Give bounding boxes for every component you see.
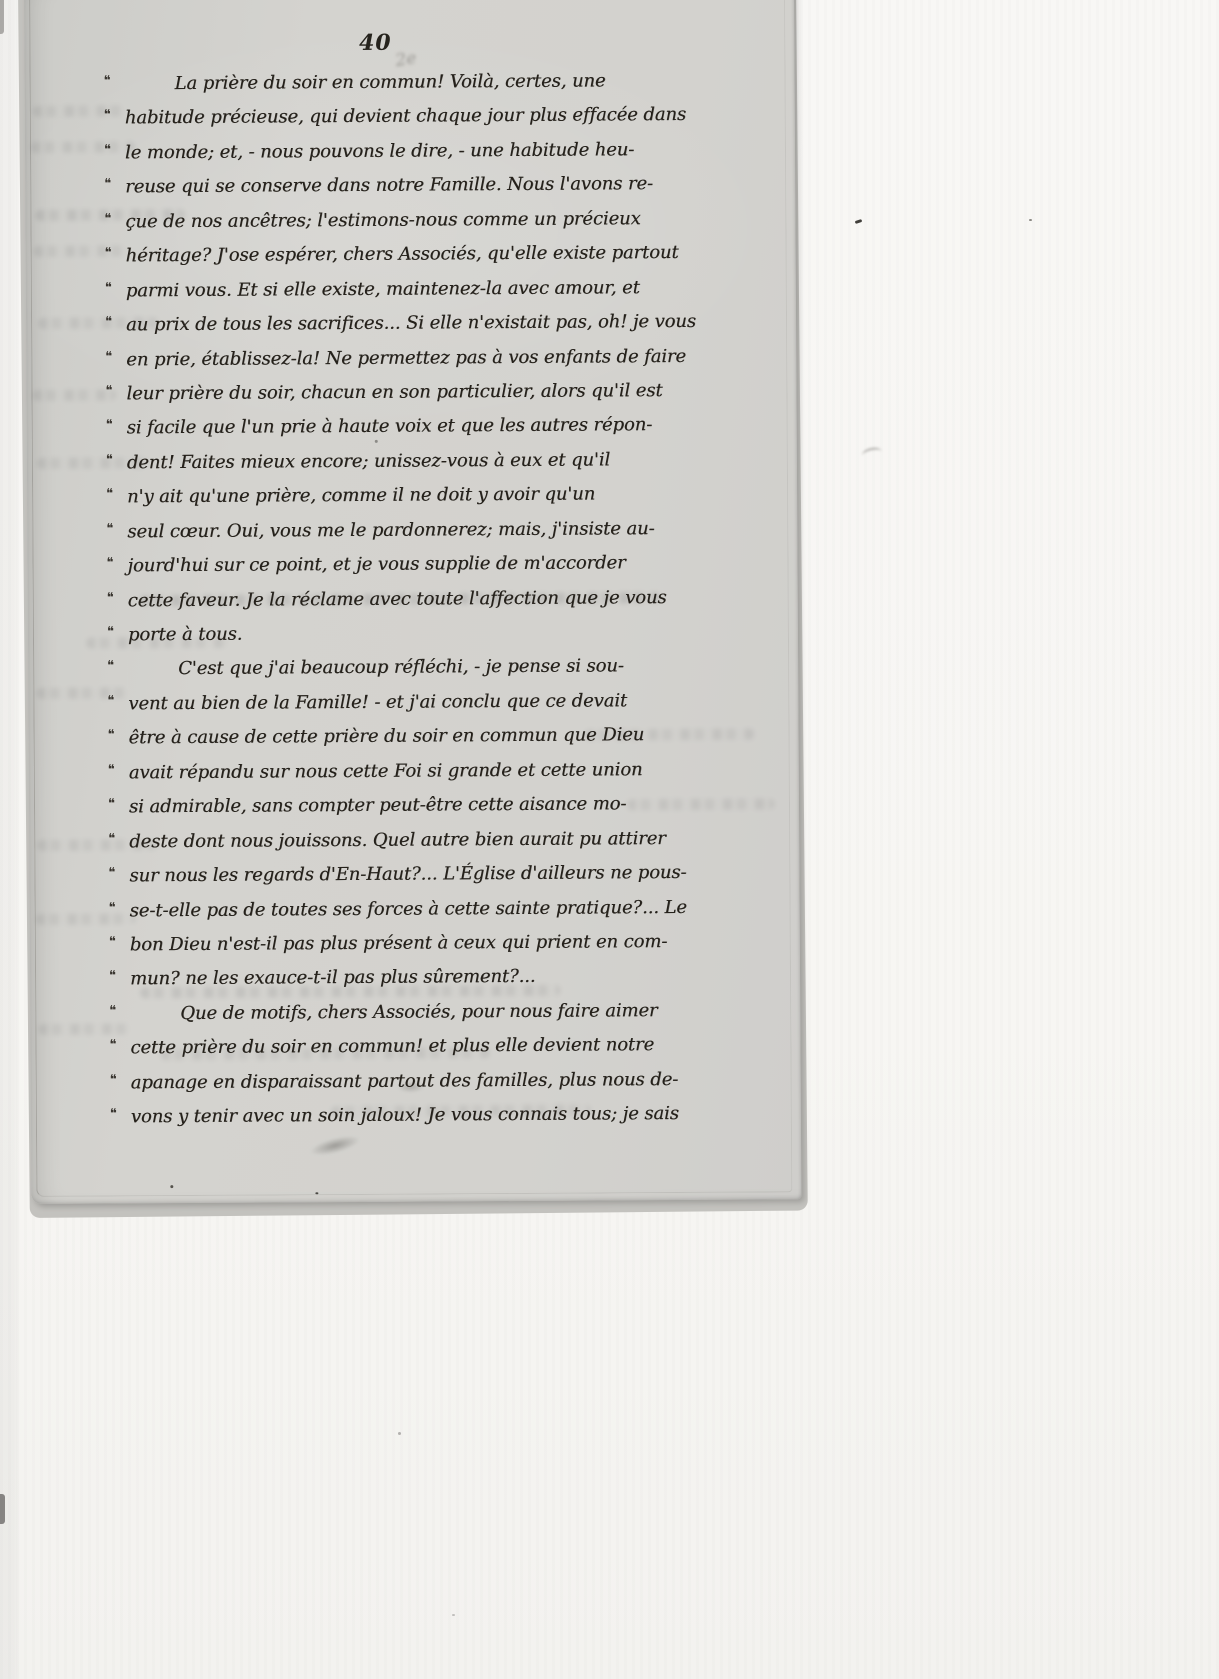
line-text: habitude précieuse, qui devient chaque j… xyxy=(125,104,686,128)
line-text: si admirable, sans compter peut-être cet… xyxy=(129,794,626,818)
line-text: cette faveur. Je la réclame avec toute l… xyxy=(128,587,667,611)
manuscript-line: ❝bon Dieu n'est-il pas plus présent à ce… xyxy=(130,930,792,968)
paper-speck xyxy=(315,1192,318,1194)
line-text: çue de nos ancêtres; l'estimons-nous com… xyxy=(125,208,640,232)
manuscript-line: ❝seul cœur. Oui, vous me le pardonnerez;… xyxy=(127,517,789,555)
manuscript-page: 40 2e ❝La prière du soir en commun! Voil… xyxy=(24,0,801,1204)
margin-quote-mark: ❝ xyxy=(104,211,112,226)
margin-quote-mark: ❝ xyxy=(108,762,116,777)
margin-quote-mark: ❝ xyxy=(105,246,113,261)
line-text: au prix de tous les sacrifices... Si ell… xyxy=(126,311,696,335)
manuscript-line: ❝dent! Faites mieux encore; unissez-vous… xyxy=(127,448,789,486)
manuscript-line: ❝le monde; et, - nous pouvons le dire, -… xyxy=(125,138,787,176)
margin-quote-mark: ❝ xyxy=(108,831,116,846)
scan-speck xyxy=(398,1432,401,1435)
line-text: être à cause de cette prière du soir en … xyxy=(129,725,645,749)
line-text: deste dont nous jouissons. Quel autre bi… xyxy=(129,828,666,852)
line-text: si facile que l'un prie à haute voix et … xyxy=(127,415,653,439)
manuscript-line: ❝en prie, établissez-la! Ne permettez pa… xyxy=(126,345,788,383)
margin-quote-mark: ❝ xyxy=(106,521,114,536)
manuscript-line: ❝deste dont nous jouissons. Quel autre b… xyxy=(129,827,791,865)
margin-quote-mark: ❝ xyxy=(105,280,113,295)
margin-quote-mark: ❝ xyxy=(106,418,114,433)
manuscript-line: ❝se-t-elle pas de toutes ses forces à ce… xyxy=(130,896,792,934)
margin-quote-mark: ❝ xyxy=(109,900,117,915)
manuscript-line: ❝La prière du soir en commun! Voilà, cer… xyxy=(125,69,787,107)
manuscript-line: ❝héritage? J'ose espérer, chers Associés… xyxy=(126,242,788,280)
manuscript-line: ❝leur prière du soir, chacun en son part… xyxy=(126,379,788,417)
line-text: héritage? J'ose espérer, chers Associés,… xyxy=(126,242,679,266)
margin-quote-mark: ❝ xyxy=(106,452,114,467)
line-text: n'y ait qu'une prière, comme il ne doit … xyxy=(127,484,595,508)
margin-quote-mark: ❝ xyxy=(106,487,114,502)
margin-quote-mark: ❝ xyxy=(108,797,116,812)
line-text: bon Dieu n'est-il pas plus présent à ceu… xyxy=(130,931,668,955)
scan-edge-mark xyxy=(0,0,4,34)
line-text: sur nous les regards d'En-Haut?... L'Égl… xyxy=(129,862,686,886)
bleed-through-smudge xyxy=(36,913,136,925)
line-text: en prie, établissez-la! Ne permettez pas… xyxy=(126,345,686,369)
margin-quote-mark: ❝ xyxy=(108,866,116,881)
line-text: dent! Faites mieux encore; unissez-vous … xyxy=(127,449,610,473)
margin-quote-mark: ❝ xyxy=(104,142,112,157)
manuscript-line: ❝être à cause de cette prière du soir en… xyxy=(129,724,791,762)
manuscript-line: ❝vent au bien de la Famille! - et j'ai c… xyxy=(128,689,790,727)
manuscript-line: ❝cette faveur. Je la réclame avec toute … xyxy=(128,586,790,624)
manuscript-line: ❝vons y tenir avec un soin jaloux! Je vo… xyxy=(131,1102,793,1140)
scan-edge-mark xyxy=(0,1494,5,1524)
manuscript-line: ❝C'est que j'ai beaucoup réfléchi, - je … xyxy=(128,655,790,693)
line-text: seul cœur. Oui, vous me le pardonnerez; … xyxy=(127,518,654,542)
margin-quote-mark: ❝ xyxy=(109,1003,117,1018)
margin-quote-mark: ❝ xyxy=(104,177,112,192)
line-text: vent au bien de la Famille! - et j'ai co… xyxy=(128,690,627,714)
margin-quote-mark: ❝ xyxy=(105,349,113,364)
bleed-through-smudge xyxy=(38,1023,130,1035)
line-text: cette prière du soir en commun! et plus … xyxy=(130,1034,654,1058)
margin-quote-mark: ❝ xyxy=(109,969,117,984)
manuscript-line: ❝au prix de tous les sacrifices... Si el… xyxy=(126,310,788,348)
line-text: mun? ne les exauce-t-il pas plus sûremen… xyxy=(130,966,536,989)
line-text: vons y tenir avec un soin jaloux! Je vou… xyxy=(131,1103,679,1127)
manuscript-line: ❝çue de nos ancêtres; l'estimons-nous co… xyxy=(125,207,787,245)
line-text: le monde; et, - nous pouvons le dire, - … xyxy=(125,139,634,163)
margin-quote-mark: ❝ xyxy=(106,556,114,571)
margin-quote-mark: ❝ xyxy=(105,383,113,398)
manuscript-line: ❝jourd'hui sur ce point, et je vous supp… xyxy=(127,551,789,589)
manuscript-line: ❝habitude précieuse, qui devient chaque … xyxy=(125,104,787,142)
bleed-through-smudge xyxy=(32,389,116,401)
manuscript-line: ❝mun? ne les exauce-t-il pas plus sûreme… xyxy=(130,965,792,1003)
line-text: se-t-elle pas de toutes ses forces à cet… xyxy=(130,896,687,920)
manuscript-line: ❝porte à tous. xyxy=(128,620,790,658)
margin-quote-mark: ❝ xyxy=(110,1072,118,1087)
bleed-through-smudge xyxy=(31,141,135,153)
manuscript-line: ❝apanage en disparaissant partout des fa… xyxy=(131,1068,793,1106)
margin-quote-mark: ❝ xyxy=(107,659,115,674)
manuscript-line: ❝sur nous les regards d'En-Haut?... L'Ég… xyxy=(129,861,791,899)
scan-speck xyxy=(1029,219,1032,221)
line-text: reuse qui se conserve dans notre Famille… xyxy=(125,173,653,197)
scanned-document: { "document": { "page_number": "40", "qu… xyxy=(0,0,1219,1679)
manuscript-line: ❝reuse qui se conserve dans notre Famill… xyxy=(125,173,787,211)
margin-quote-mark: ❝ xyxy=(104,73,112,88)
margin-quote-mark: ❝ xyxy=(104,108,112,123)
line-text: leur prière du soir, chacun en son parti… xyxy=(126,380,662,404)
margin-quote-mark: ❝ xyxy=(105,315,113,330)
line-text: parmi vous. Et si elle existe, maintenez… xyxy=(126,277,640,301)
text-lines: ❝La prière du soir en commun! Voilà, cer… xyxy=(125,69,794,1141)
line-text: jourd'hui sur ce point, et je vous suppl… xyxy=(127,552,625,576)
margin-quote-mark: ❝ xyxy=(110,1107,118,1122)
manuscript-line: ❝n'y ait qu'une prière, comme il ne doit… xyxy=(127,483,789,521)
line-text: porte à tous. xyxy=(128,624,242,646)
manuscript-line: ❝si admirable, sans compter peut-être ce… xyxy=(129,793,791,831)
margin-quote-mark: ❝ xyxy=(107,624,115,639)
line-text: C'est que j'ai beaucoup réfléchi, - je p… xyxy=(128,656,624,680)
manuscript-line: ❝Que de motifs, chers Associés, pour nou… xyxy=(130,999,792,1037)
margin-quote-mark: ❝ xyxy=(107,590,115,605)
bleed-through-page-mark: 2e xyxy=(394,48,418,71)
manuscript-line: ❝cette prière du soir en commun! et plus… xyxy=(130,1034,792,1072)
line-text: apanage en disparaissant partout des fam… xyxy=(131,1069,679,1093)
bleed-through-smudge xyxy=(34,245,130,257)
manuscript-line: ❝avait répandu sur nous cette Foi si gra… xyxy=(129,758,791,796)
margin-quote-mark: ❝ xyxy=(107,693,115,708)
scan-speck xyxy=(452,1614,455,1616)
margin-quote-mark: ❝ xyxy=(109,934,117,949)
line-text: avait répandu sur nous cette Foi si gran… xyxy=(129,759,643,783)
manuscript-line: ❝si facile que l'un prie à haute voix et… xyxy=(127,414,789,452)
paper-speck xyxy=(170,1185,173,1188)
margin-quote-mark: ❝ xyxy=(109,1038,117,1053)
line-text: La prière du soir en commun! Voilà, cert… xyxy=(125,70,606,94)
manuscript-line: ❝parmi vous. Et si elle existe, maintene… xyxy=(126,276,788,314)
line-text: Que de motifs, chers Associés, pour nous… xyxy=(130,1000,657,1024)
margin-quote-mark: ❝ xyxy=(108,728,116,743)
